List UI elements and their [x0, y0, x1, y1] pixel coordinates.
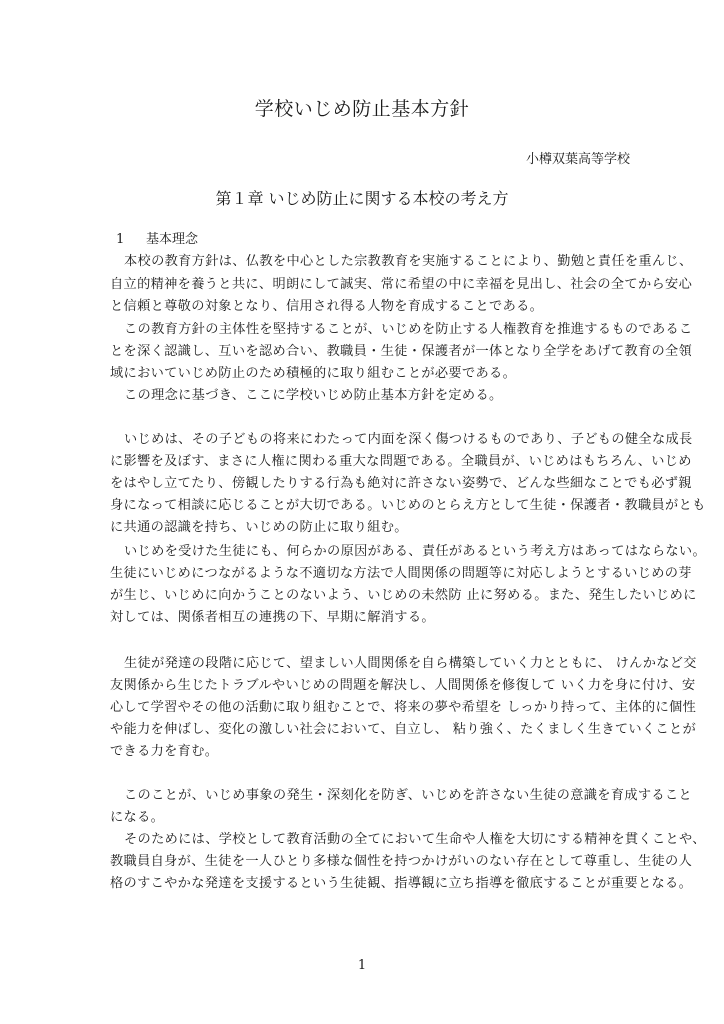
text-line: 友関係から生じたトラブルやいじめの問題を解決し、人間関係を修復して いく力を身に…: [110, 676, 696, 696]
text-line: が生じ、いじめに向かうことのないよう、いじめの未然防 止に努める。また、発生した…: [110, 586, 697, 606]
text-line: に影響を及ぼす、まさに人権に関わる重大な問題である。全職員が、いじめはもちろん、…: [110, 452, 692, 472]
text-line: になる。: [110, 808, 164, 828]
text-line: 域においていじめ防止のため積極的に取り組むことが必要である。: [110, 364, 516, 384]
document-title: 学校いじめ防止基本方針: [0, 94, 724, 121]
text-line: いじめは、その子どもの将来にわたって内面を深く傷つけるものであり、子どもの健全な…: [124, 430, 693, 450]
text-line: 生徒が発達の段階に応じて、望ましい人間関係を自ら構築していく力とともに、 けんか…: [124, 654, 697, 674]
text-line: 教職員自身が、生徒を一人ひとり多様な個性を持つかけがいのない存在として尊重し、生…: [110, 852, 692, 872]
text-line: 生徒にいじめにつながるような不適切な方法で人間関係の問題等に対応しようとするいじ…: [110, 564, 692, 584]
text-line: できる力を育む。: [110, 742, 218, 762]
chapter-heading: 第１章 いじめ防止に関する本校の考え方: [0, 186, 724, 209]
text-line: とを深く認識し、互いを認め合い、教職員・生徒・保護者が一体となり全学をあげて教育…: [110, 342, 692, 362]
text-line: いじめを受けた生徒にも、何らかの原因がある、責任があるという考え方はあってはなら…: [124, 542, 706, 562]
text-line: と信頼と尊敬の対象となり、信用され得る人物を育成することである。: [110, 297, 543, 317]
text-line: 本校の教育方針は、仏教を中心とした宗教教育を実施することにより、勤勉と責任を重ん…: [124, 252, 693, 272]
text-line: そのためには、学校として教育活動の全てにおいて生命や人権を大切にする精神を貫くこ…: [124, 830, 706, 850]
text-line: をはやし立てたり、傍観したりする行為も絶対に許さない姿勢で、どんな些細なことでも…: [110, 474, 692, 494]
text-line: 格のすこやかな発達を支援するという生徒観、指導観に立ち指導を徹底することが重要と…: [110, 874, 692, 894]
text-line: や能力を伸ばし、変化の激しい社会において、自立し、 粘り強く、たくましく生きてい…: [110, 720, 696, 740]
text-line: 身になって相談に応じることが大切である。いじめのとらえ方として生徒・保護者・教職…: [110, 496, 706, 516]
text-line: 心して学習やその他の活動に取り組むことで、将来の夢や希望を しっかり持って、主体…: [110, 698, 696, 718]
text-line: この教育方針の主体性を堅持することが、いじめを防止する人権教育を推進するものであ…: [124, 320, 693, 340]
text-line: に共通の認識を持ち、いじめの防止に取り組む。: [110, 518, 408, 538]
text-line: このことが、いじめ事象の発生・深刻化を防ぎ、いじめを許さない生徒の意識を育成する…: [124, 786, 692, 806]
text-line: この理念に基づき、ここに学校いじめ防止基本方針を定める。: [124, 386, 503, 406]
text-line: 自立的精神を養うと共に、明朗にして誠実、常に希望の中に幸福を見出し、社会の全てか…: [110, 275, 692, 295]
page-number: 1: [0, 958, 724, 973]
document-page: 学校いじめ防止基本方針 小樽双葉高等学校 第１章 いじめ防止に関する本校の考え方…: [0, 0, 724, 1024]
school-name: 小樽双葉高等学校: [526, 148, 630, 167]
section-title: 基本理念: [146, 230, 198, 250]
section-number: 1: [116, 230, 125, 250]
text-line: 対しては、関係者相互の連携の下、早期に解消する。: [110, 608, 435, 628]
